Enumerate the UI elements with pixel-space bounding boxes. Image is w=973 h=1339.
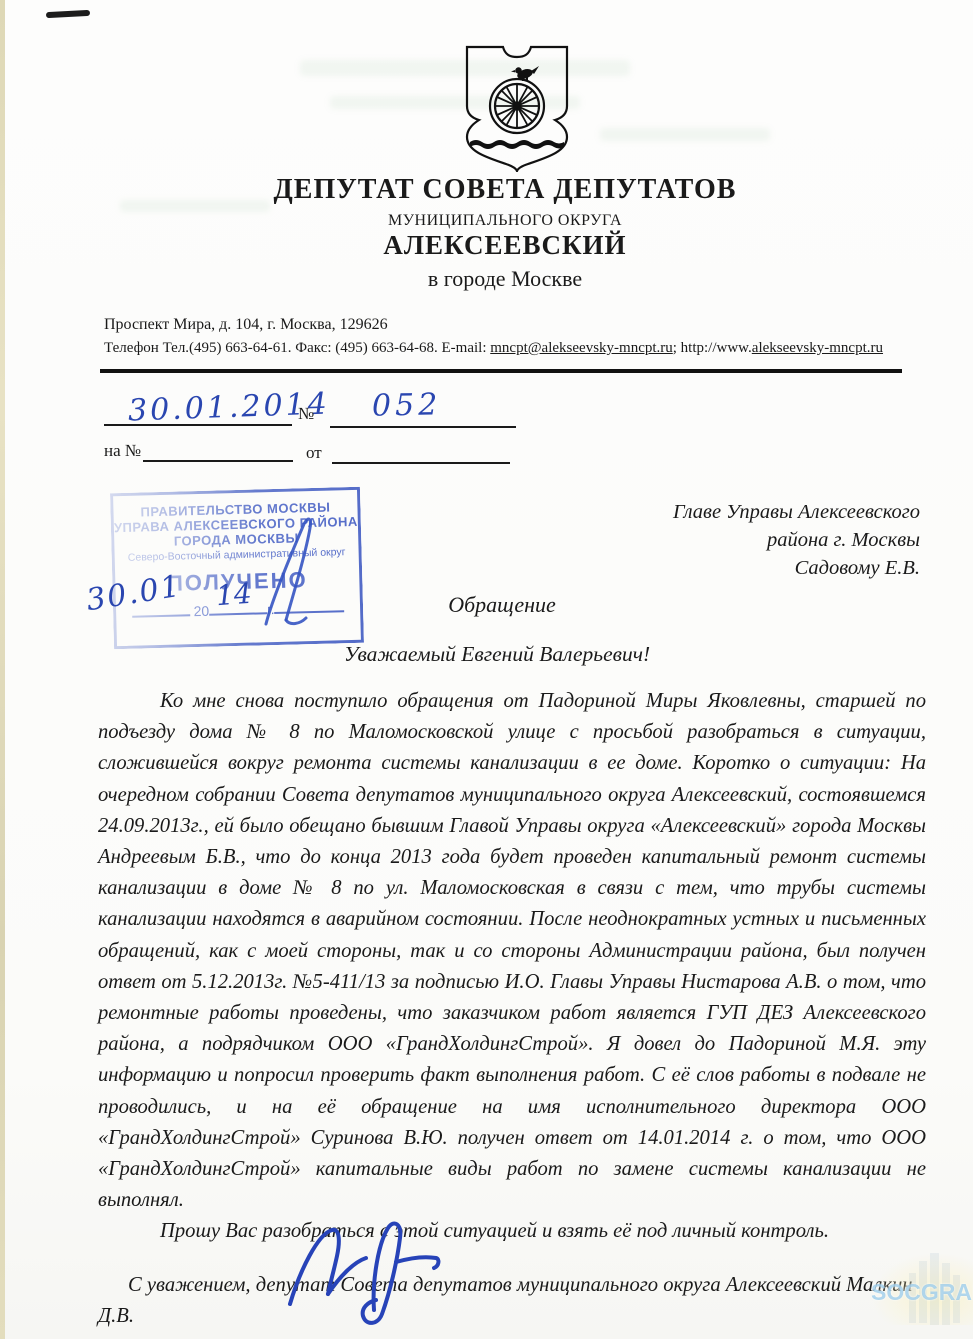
reply-no-underline [143,460,293,462]
body-paragraph-1: Ко мне снова поступило обращения от Падо… [98,686,926,1216]
org-address: Проспект Мира, д. 104, г. Москва, 129626 [104,316,388,334]
contacts-separator: ; http://www. [673,340,752,356]
scan-edge-artifact [0,0,5,1339]
reply-from-underline [332,462,510,464]
addressee-line: Садовому Е.В. [560,554,920,582]
reply-from-label: от [306,443,322,463]
letterhead-divider [100,369,902,373]
scanned-letter-page: ДЕПУТАТ СОВЕТА ДЕПУТАТОВ МУНИЦИПАЛЬНОГО … [0,0,973,1339]
letter-body: Ко мне снова поступило обращения от Падо… [98,686,926,1332]
bleedthrough-artifact [600,128,770,141]
subject-title: Обращение [372,592,632,618]
org-title-line3: АЛЕКСЕЕВСКИЙ [60,230,950,261]
handwritten-number: 052 [372,387,442,423]
org-title-line4: в городе Москве [60,266,950,292]
closing-paragraph: С уважением, депутат Совета депутатов му… [98,1270,926,1332]
contacts-text: Телефон Тел.(495) 663-64-61. Факс: (495)… [104,340,490,356]
received-stamp: ПРАВИТЕЛЬСТВО МОСКВЫ УПРАВА АЛЕКСЕЕВСКОГ… [110,487,364,649]
email-link: mncpt@alekseevsky-mncpt.ru [490,340,673,356]
org-contacts: Телефон Тел.(495) 663-64-61. Факс: (495)… [104,340,883,357]
coat-of-arms-icon [462,44,572,172]
date-underline [104,424,292,426]
stamp-handwritten-flourish-icon [252,512,322,637]
addressee-block: Главе Управы Алексеевского района г. Мос… [560,498,920,582]
stamp-handwritten-year: 14 [215,577,253,612]
reply-no-label: на № [104,441,141,461]
number-underline [330,426,516,428]
number-label: № [298,404,314,424]
org-title-line2: МУНИЦИПАЛЬНОГО ОКРУГА [60,212,950,230]
scan-mark-artifact [46,10,90,18]
addressee-line: района г. Москвы [560,526,920,554]
addressee-line: Главе Управы Алексеевского [560,498,920,526]
website-link: alekseevsky-mncpt.ru [752,340,883,356]
body-paragraph-2: Прошу Вас разобраться с этой ситуацией и… [98,1216,926,1247]
handwritten-signature-icon [278,1218,488,1333]
org-title-line1: ДЕПУТАТ СОВЕТА ДЕПУТАТОВ [60,174,950,206]
salutation: Уважаемый Евгений Валерьевич! [344,642,650,667]
